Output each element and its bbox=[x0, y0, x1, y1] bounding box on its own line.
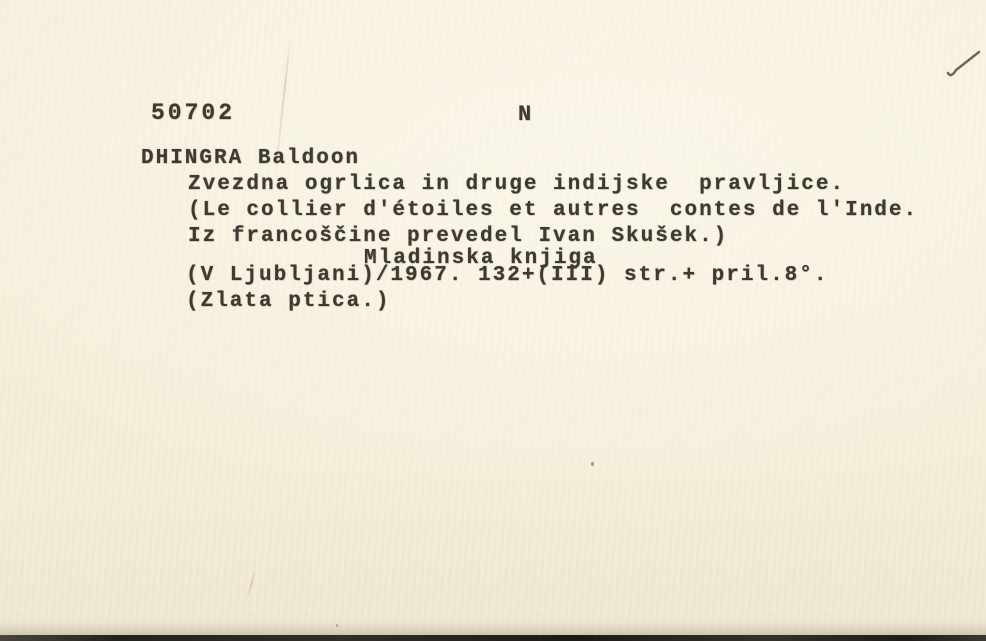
section-letter: N bbox=[518, 102, 533, 128]
paper-crease bbox=[245, 566, 257, 603]
card-bottom-shadow bbox=[0, 623, 986, 635]
catalog-card: 50702 N DHINGRA Baldoon Zvezdna ogrlica … bbox=[0, 0, 986, 641]
title-line: Zvezdna ogrlica in druge indijske pravlj… bbox=[188, 172, 845, 198]
author-heading: DHINGRA Baldoon bbox=[141, 146, 360, 172]
ink-speck bbox=[591, 462, 594, 466]
imprint-line: (V Ljubljani)/1967. 132+(III) str.+ pril… bbox=[186, 263, 829, 289]
handwritten-checkmark-icon bbox=[946, 50, 982, 78]
card-bottom-edge bbox=[0, 635, 986, 641]
series-line: (Zlata ptica.) bbox=[186, 289, 390, 315]
call-number: 50702 bbox=[151, 100, 235, 126]
parallel-title-line: (Le collier d'étoiles et autres contes d… bbox=[188, 198, 918, 224]
